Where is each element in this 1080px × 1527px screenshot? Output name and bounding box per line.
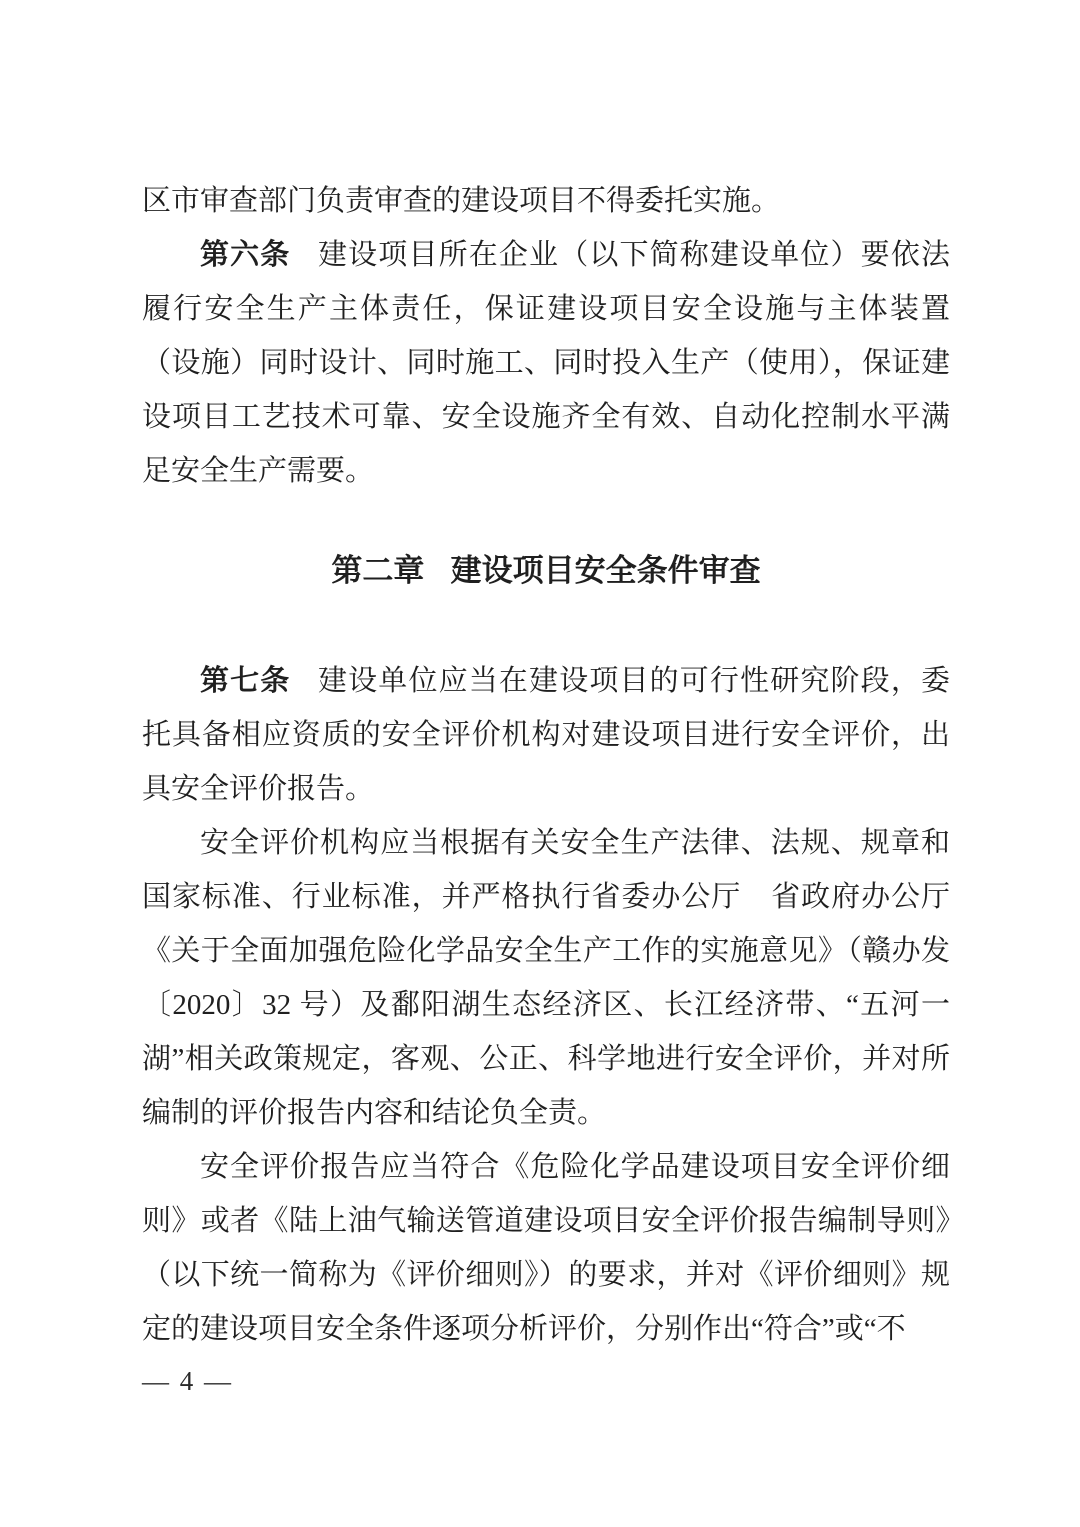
paragraph-text: 区市审查部门负责审查的建设项目不得委托实施。 — [142, 185, 780, 217]
paragraph-evaluation-report: 安全评价报告应当符合《危险化学品建设项目安全评价细则》或者《陆上油气输送管道建设… — [142, 1140, 950, 1356]
page-number: — 4 — — [142, 1366, 233, 1396]
article-number-label: 第六条 — [200, 239, 290, 271]
paragraph-continuation: 区市审查部门负责审查的建设项目不得委托实施。 — [142, 174, 950, 228]
chapter-title: 建设项目安全条件审查 — [451, 553, 761, 588]
paragraph-text: 建设项目所在企业（以下简称建设单位）要依法履行安全生产主体责任，保证建设项目安全… — [142, 239, 950, 487]
chapter-number: 第二章 — [331, 553, 424, 588]
document-page: 区市审查部门负责审查的建设项目不得委托实施。 第六条建设项目所在企业（以下简称建… — [0, 0, 1080, 1527]
chapter-heading: 第二章建设项目安全条件审查 — [142, 544, 950, 598]
paragraph-safety-agency: 安全评价机构应当根据有关安全生产法律、法规、规章和国家标准、行业标准，并严格执行… — [142, 816, 950, 1140]
paragraph-text: 安全评价机构应当根据有关安全生产法律、法规、规章和国家标准、行业标准，并严格执行… — [142, 827, 950, 1129]
paragraph-article-7: 第七条建设单位应当在建设项目的可行性研究阶段，委托具备相应资质的安全评价机构对建… — [142, 654, 950, 816]
paragraph-article-6: 第六条建设项目所在企业（以下简称建设单位）要依法履行安全生产主体责任，保证建设项… — [142, 228, 950, 498]
article-number-label: 第七条 — [200, 665, 290, 697]
paragraph-text: 安全评价报告应当符合《危险化学品建设项目安全评价细则》或者《陆上油气输送管道建设… — [142, 1151, 950, 1345]
document-body: 区市审查部门负责审查的建设项目不得委托实施。 第六条建设项目所在企业（以下简称建… — [0, 0, 1080, 1356]
